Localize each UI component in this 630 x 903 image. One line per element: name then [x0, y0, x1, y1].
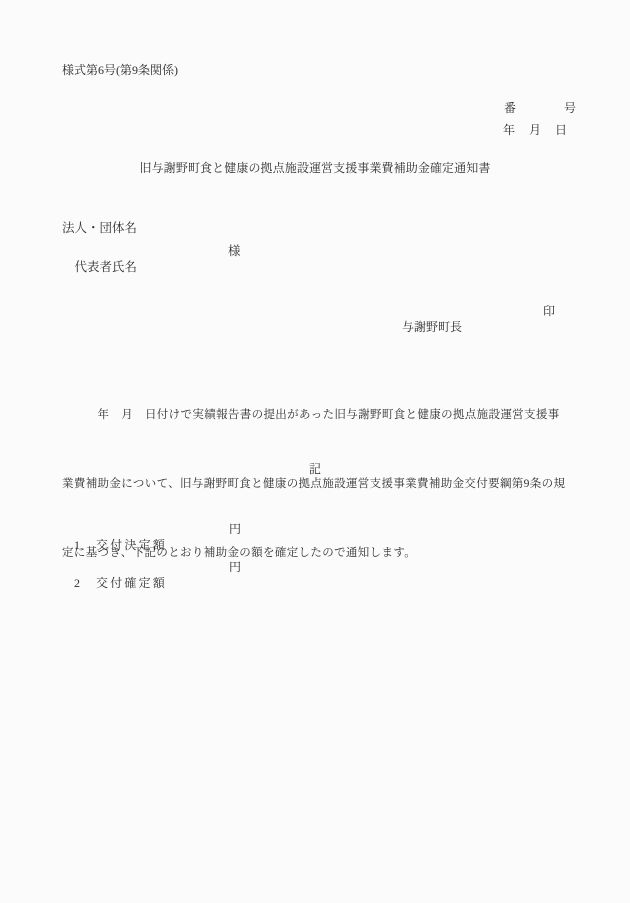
item-label-grant-confirmed-amount: 交付確定額: [96, 576, 167, 590]
honorific-sama: 様: [228, 243, 241, 259]
date-field: 年 月 日: [503, 123, 568, 139]
document-number-field: 番 号: [504, 101, 576, 117]
item-row: 2交付確定額 円: [62, 560, 362, 622]
recipient-organization-label: 法人・団体名: [62, 220, 137, 236]
item-unit-yen: 円: [229, 560, 241, 576]
seal-mark: 印: [543, 304, 555, 320]
item-label-grant-decision-amount: 交付決定額: [96, 538, 167, 552]
item-number: 1: [74, 538, 96, 554]
document-page: 様式第6号(第9条関係) 番 号 年 月 日 旧与謝野町食と健康の拠点施設運営支…: [0, 0, 630, 903]
section-marker-ki: 記: [0, 462, 630, 478]
issuer-name: 与謝野町長: [402, 320, 462, 334]
body-line: 年 月 日付けで実績報告書の提出があった旧与謝野町食と健康の拠点施設運営支援事: [62, 404, 568, 427]
item-number: 2: [74, 576, 96, 592]
item-unit-yen: 円: [229, 522, 241, 538]
form-number: 様式第6号(第9条関係): [62, 63, 178, 79]
page-title: 旧与謝野町食と健康の拠点施設運営支援事業費補助金確定通知書: [0, 161, 630, 177]
recipient-representative-row: 代表者氏名 様: [62, 243, 362, 308]
recipient-representative-label: 代表者氏名: [75, 260, 138, 274]
